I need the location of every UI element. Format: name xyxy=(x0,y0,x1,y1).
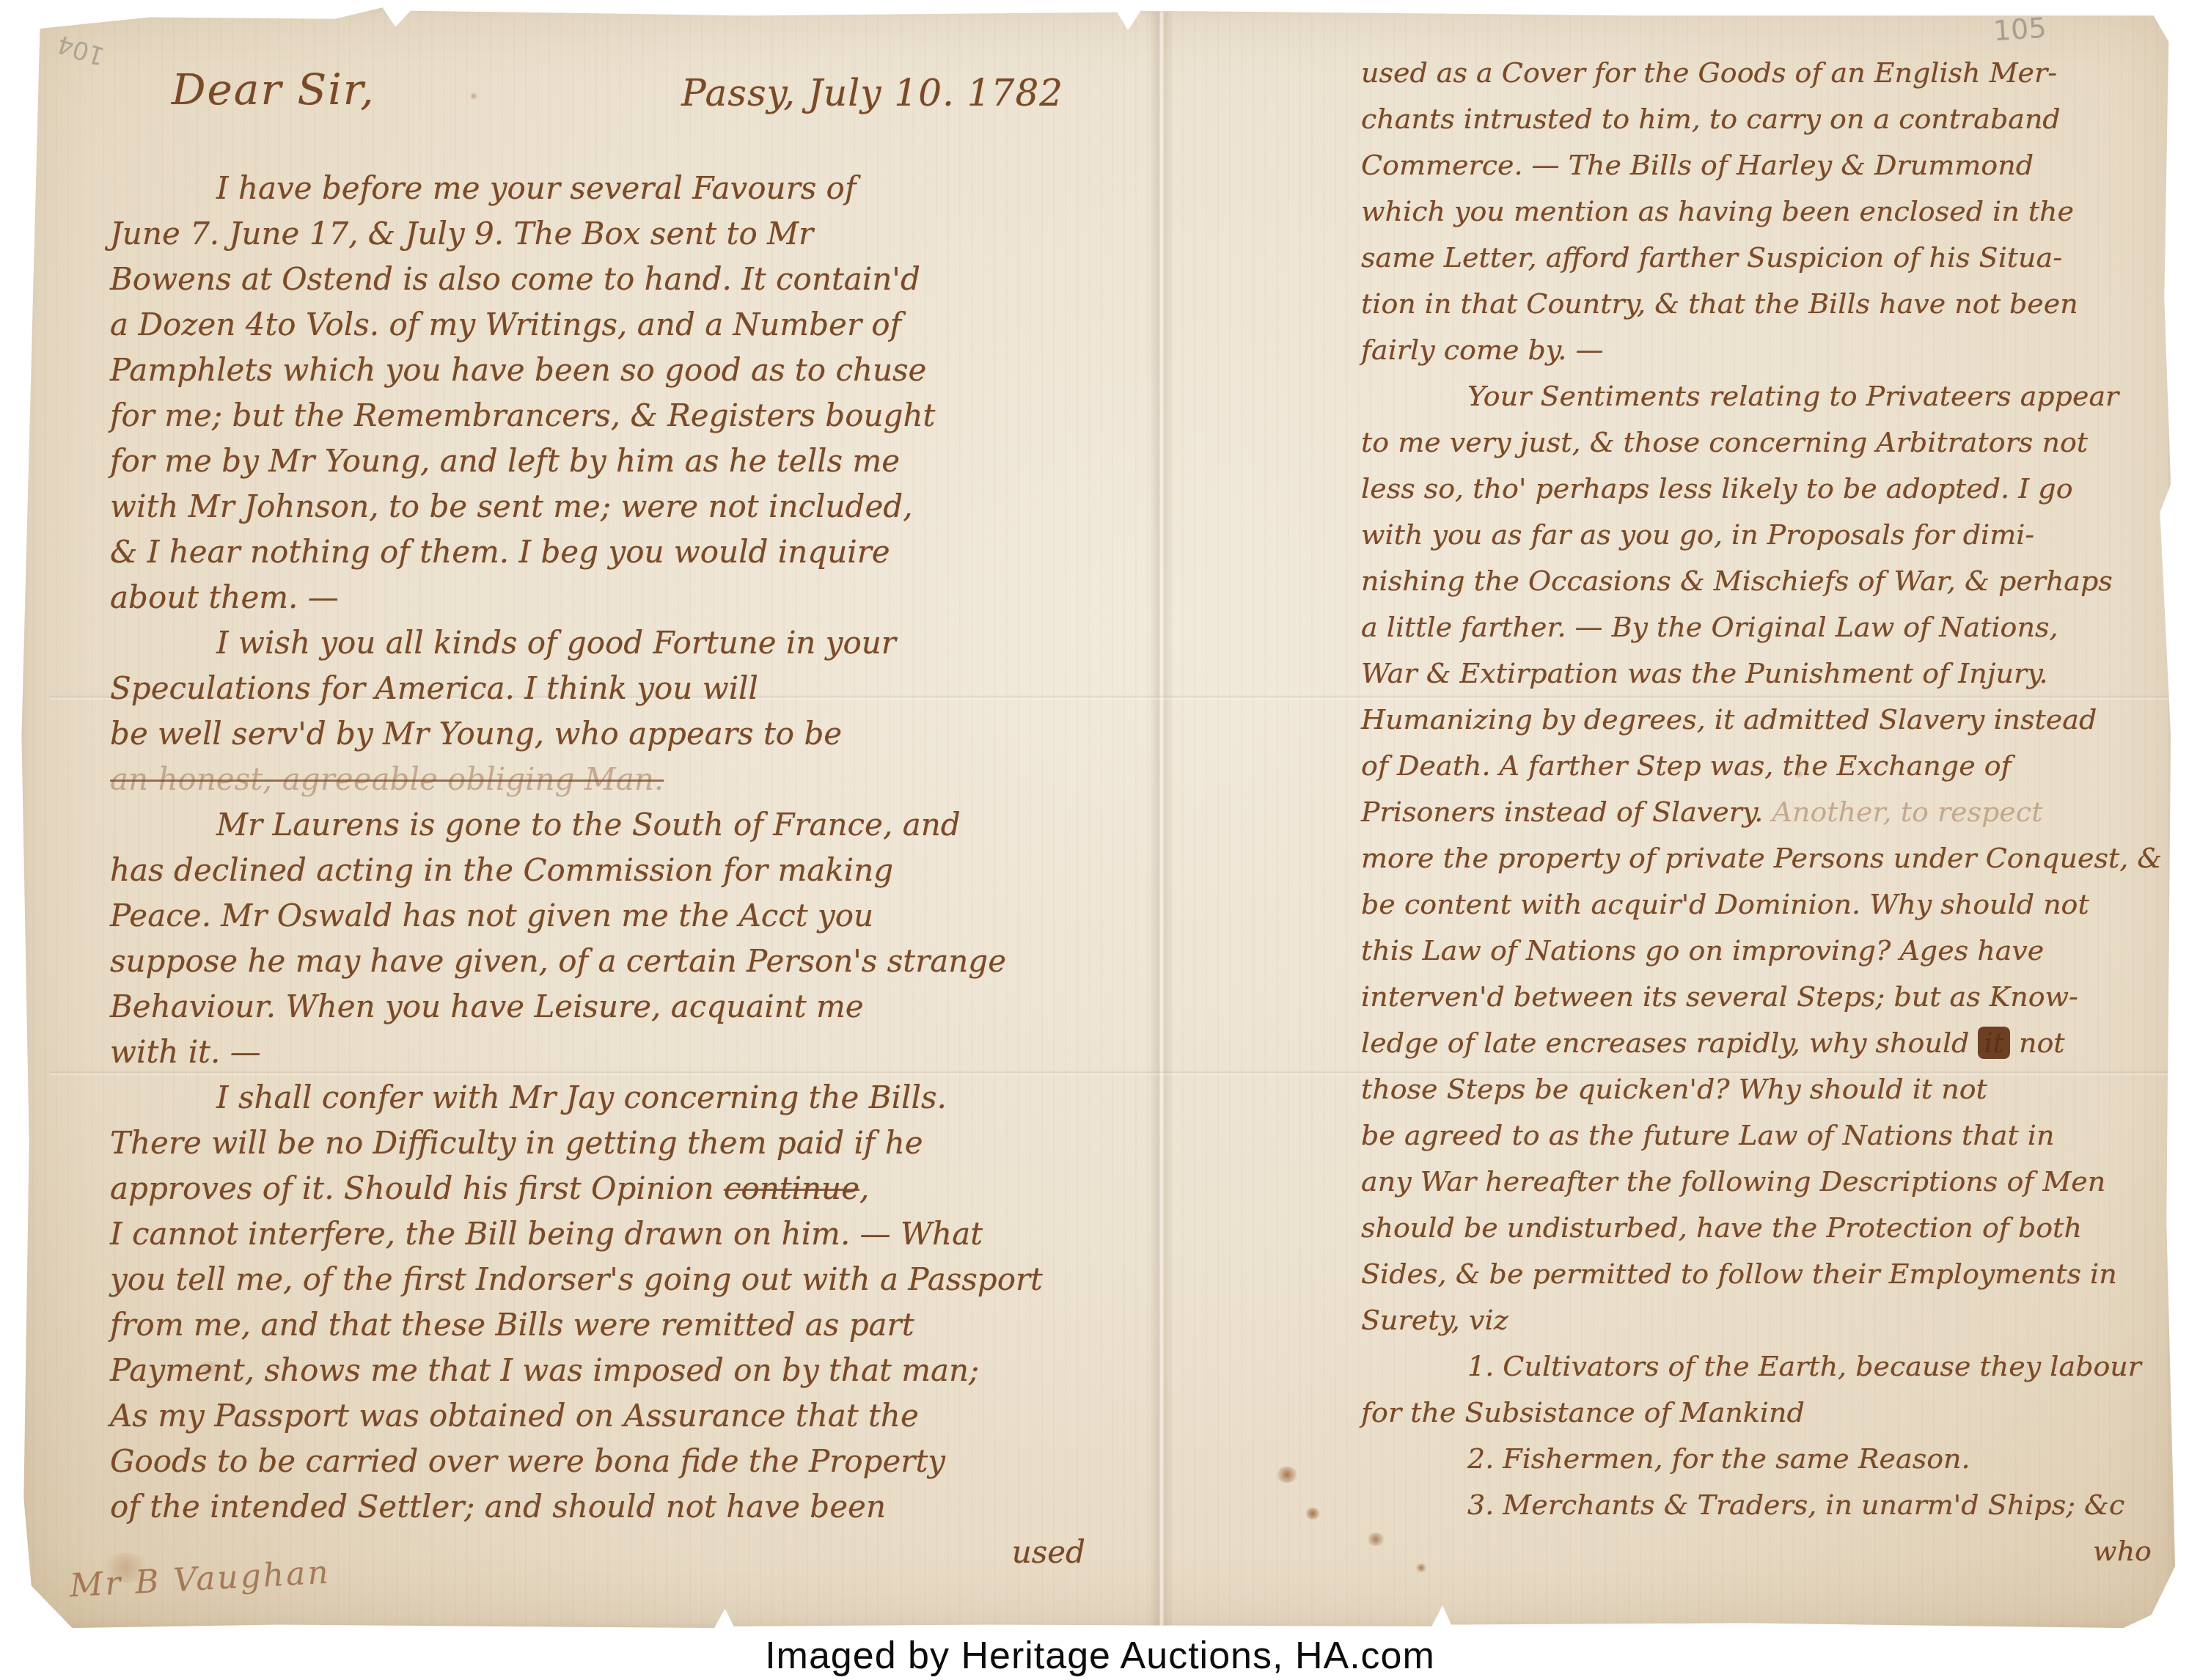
manuscript-text: Your Sentiments relating to Privateers a… xyxy=(1467,380,2119,412)
manuscript-text: used as a Cover for the Goods of an Engl… xyxy=(1361,56,2057,89)
manuscript-line: from me, and that these Bills were remit… xyxy=(110,1302,1115,1348)
manuscript-line: 2. Fishermen, for the same Reason. xyxy=(1361,1436,2181,1482)
manuscript-line: with it. — xyxy=(110,1030,1115,1075)
manuscript-text: with Mr Johnson, to be sent me; were not… xyxy=(110,488,913,524)
manuscript-line: Your Sentiments relating to Privateers a… xyxy=(1361,373,2181,419)
manuscript-line: Payment, shows me that I was imposed on … xyxy=(110,1348,1115,1393)
manuscript-text: suppose he may have given, of a certain … xyxy=(110,943,1006,979)
manuscript-line: As my Passport was obtained on Assurance… xyxy=(110,1393,1115,1439)
manuscript-text: for me by Mr Young, and left by him as h… xyxy=(110,443,900,479)
manuscript-line: same Letter, afford farther Suspicion of… xyxy=(1361,235,2181,281)
manuscript-text: be well serv'd by Mr Young, who appears … xyxy=(110,716,842,752)
manuscript-line: of the intended Settler; and should not … xyxy=(110,1484,1115,1530)
manuscript-line: Behaviour. When you have Leisure, acquai… xyxy=(110,984,1115,1030)
manuscript-text: Peace. Mr Oswald has not given me the Ac… xyxy=(110,898,873,933)
manuscript-text: less so, tho' perhaps less likely to be … xyxy=(1361,472,2073,505)
salutation: Dear Sir, xyxy=(172,65,375,114)
manuscript-text: which you mention as having been enclose… xyxy=(1361,195,2074,227)
manuscript-line: with Mr Johnson, to be sent me; were not… xyxy=(110,484,1115,529)
manuscript-line: any War hereafter the following Descript… xyxy=(1361,1159,2181,1205)
manuscript-text: for me; but the Remembrancers, & Registe… xyxy=(110,397,935,433)
manuscript-line: be well serv'd by Mr Young, who appears … xyxy=(110,711,1115,757)
manuscript-line: I shall confer with Mr Jay concerning th… xyxy=(110,1075,1115,1120)
manuscript-text: War & Extirpation was the Punishment of … xyxy=(1361,657,2048,689)
manuscript-text: As my Passport was obtained on Assurance… xyxy=(110,1398,919,1434)
manuscript-text: I cannot interfere, the Bill being drawn… xyxy=(110,1216,983,1252)
manuscript-line: nishing the Occasions & Mischiefs of War… xyxy=(1361,558,2181,604)
manuscript-line: more the property of private Persons und… xyxy=(1361,835,2181,881)
manuscript-text: interven'd between its several Steps; bu… xyxy=(1361,980,2078,1013)
manuscript-line: of Death. A farther Step was, the Exchan… xyxy=(1361,743,2181,789)
scanned-letter-photo: { "document": { "salutation": "Dear Sir,… xyxy=(0,0,2200,1680)
manuscript-line: War & Extirpation was the Punishment of … xyxy=(1361,650,2181,697)
manuscript-text: same Letter, afford farther Suspicion of… xyxy=(1361,241,2062,274)
manuscript-text: Prisoners instead of Slavery. xyxy=(1361,796,1772,828)
manuscript-line: Mr Laurens is gone to the South of Franc… xyxy=(110,802,1115,848)
manuscript-line: those Steps be quicken'd? Why should it … xyxy=(1361,1066,2181,1112)
manuscript-text: I wish you all kinds of good Fortune in … xyxy=(216,625,896,661)
manuscript-text: used xyxy=(1012,1534,1085,1570)
manuscript-text: tion in that Country, & that the Bills h… xyxy=(1361,287,2078,320)
manuscript-text: , xyxy=(859,1170,869,1206)
manuscript-text: Goods to be carried over were bona fide … xyxy=(110,1443,945,1479)
manuscript-line: for me; but the Remembrancers, & Registe… xyxy=(110,393,1115,439)
manuscript-line: used as a Cover for the Goods of an Engl… xyxy=(1361,50,2181,96)
manuscript-line: to me very just, & those concerning Arbi… xyxy=(1361,419,2181,466)
manuscript-text: about them. — xyxy=(110,579,339,615)
catchword: who xyxy=(1361,1528,2181,1574)
manuscript-text: be content with acquir'd Dominion. Why s… xyxy=(1361,888,2089,920)
manuscript-text: should be undisturbed, have the Protecti… xyxy=(1361,1211,2082,1244)
manuscript-text: fairly come by. — xyxy=(1361,334,1603,366)
manuscript-line: should be undisturbed, have the Protecti… xyxy=(1361,1205,2181,1251)
manuscript-line: with you as far as you go, in Proposals … xyxy=(1361,512,2181,558)
manuscript-text: nishing the Occasions & Mischiefs of War… xyxy=(1361,565,2113,597)
manuscript-text: Surety, viz xyxy=(1361,1304,1508,1336)
manuscript-text: I have before me your several Favours of xyxy=(216,170,856,206)
manuscript-line: I wish you all kinds of good Fortune in … xyxy=(110,620,1115,666)
manuscript-text: June 7. June 17, & July 9. The Box sent … xyxy=(110,216,813,252)
manuscript-text: 3. Merchants & Traders, in unarm'd Ships… xyxy=(1467,1489,2124,1521)
manuscript-text: Bowens at Ostend is also come to hand. I… xyxy=(110,261,920,297)
manuscript-text: of the intended Settler; and should not … xyxy=(110,1489,886,1525)
letter-page-left: I have before me your several Favours of… xyxy=(110,166,1115,1575)
manuscript-text: not xyxy=(2010,1027,2065,1059)
manuscript-line: There will be no Difficulty in getting t… xyxy=(110,1120,1115,1166)
manuscript-line: Sides, & be permitted to follow their Em… xyxy=(1361,1251,2181,1297)
center-fold-crease xyxy=(1148,12,1173,1634)
manuscript-line: this Law of Nations go on improving? Age… xyxy=(1361,928,2181,974)
manuscript-text: with you as far as you go, in Proposals … xyxy=(1361,518,2034,551)
manuscript-line: a Dozen 4to Vols. of my Writings, and a … xyxy=(110,302,1115,348)
manuscript-line: a little farther. — By the Original Law … xyxy=(1361,604,2181,650)
manuscript-text: a Dozen 4to Vols. of my Writings, and a … xyxy=(110,307,901,342)
manuscript-text: of Death. A farther Step was, the Exchan… xyxy=(1361,749,2012,782)
manuscript-text: continue xyxy=(724,1170,859,1206)
manuscript-text: from me, and that these Bills were remit… xyxy=(110,1307,914,1343)
manuscript-line: I cannot interfere, the Bill being drawn… xyxy=(110,1211,1115,1257)
manuscript-line: tion in that Country, & that the Bills h… xyxy=(1361,281,2181,327)
manuscript-line: for me by Mr Young, and left by him as h… xyxy=(110,439,1115,484)
manuscript-text: Behaviour. When you have Leisure, acquai… xyxy=(110,988,864,1024)
manuscript-text: it xyxy=(1978,1027,2009,1059)
manuscript-text: those Steps be quicken'd? Why should it … xyxy=(1361,1073,1987,1105)
manuscript-line: less so, tho' perhaps less likely to be … xyxy=(1361,466,2181,512)
manuscript-text: Sides, & be permitted to follow their Em… xyxy=(1361,1258,2117,1290)
manuscript-text: ledge of late encreases rapidly, why sho… xyxy=(1361,1027,1978,1059)
manuscript-text: Speculations for America. I think you wi… xyxy=(110,670,758,706)
manuscript-text: Another, to respect xyxy=(1772,796,2042,828)
foxing-stain xyxy=(1276,1467,1298,1483)
foxing-stain xyxy=(1305,1508,1320,1519)
manuscript-text: to me very just, & those concerning Arbi… xyxy=(1361,426,2088,458)
manuscript-text: a little farther. — By the Original Law … xyxy=(1361,611,2058,643)
manuscript-line: Speculations for America. I think you wi… xyxy=(110,666,1115,711)
manuscript-line: interven'd between its several Steps; bu… xyxy=(1361,974,2181,1020)
manuscript-text: has declined acting in the Commission fo… xyxy=(110,852,893,888)
manuscript-line: Surety, viz xyxy=(1361,1297,2181,1343)
manuscript-line: 1. Cultivators of the Earth, because the… xyxy=(1361,1343,2181,1390)
manuscript-line: I have before me your several Favours of xyxy=(110,166,1115,211)
manuscript-line: which you mention as having been enclose… xyxy=(1361,188,2181,235)
manuscript-line: June 7. June 17, & July 9. The Box sent … xyxy=(110,211,1115,257)
place-date-line: Passy, July 10. 1782 xyxy=(681,72,1063,114)
manuscript-line: chants intrusted to him, to carry on a c… xyxy=(1361,96,2181,142)
image-credit-bar: Imaged by Heritage Auctions, HA.com xyxy=(0,1632,2200,1680)
manuscript-text: more the property of private Persons und… xyxy=(1361,842,2162,874)
manuscript-text: chants intrusted to him, to carry on a c… xyxy=(1361,103,2061,135)
manuscript-text: 2. Fishermen, for the same Reason. xyxy=(1467,1442,1970,1475)
manuscript-line: approves of it. Should his first Opinion… xyxy=(110,1166,1115,1211)
manuscript-line: Peace. Mr Oswald has not given me the Ac… xyxy=(110,893,1115,939)
manuscript-text: Pamphlets which you have been so good as… xyxy=(110,352,926,388)
manuscript-text: who xyxy=(2093,1535,2152,1567)
manuscript-text: this Law of Nations go on improving? Age… xyxy=(1361,934,2044,966)
manuscript-text: Payment, shows me that I was imposed on … xyxy=(110,1352,979,1388)
manuscript-line: about them. — xyxy=(110,575,1115,620)
manuscript-line: for the Subsistance of Mankind xyxy=(1361,1390,2181,1436)
manuscript-text: & I hear nothing of them. I beg you woul… xyxy=(110,534,890,570)
manuscript-line: fairly come by. — xyxy=(1361,327,2181,373)
manuscript-line: Bowens at Ostend is also come to hand. I… xyxy=(110,257,1115,302)
manuscript-line: you tell me, of the first Indorser's goi… xyxy=(110,1257,1115,1302)
manuscript-text: Mr Laurens is gone to the South of Franc… xyxy=(216,807,961,843)
manuscript-line: suppose he may have given, of a certain … xyxy=(110,939,1115,984)
manuscript-line: be content with acquir'd Dominion. Why s… xyxy=(1361,881,2181,928)
manuscript-text: 1. Cultivators of the Earth, because the… xyxy=(1467,1350,2141,1382)
manuscript-line: 3. Merchants & Traders, in unarm'd Ships… xyxy=(1361,1482,2181,1528)
manuscript-line: Humanizing by degrees, it admitted Slave… xyxy=(1361,697,2181,743)
manuscript-text: an honest, agreeable obliging Man. xyxy=(110,761,664,797)
manuscript-line: be agreed to as the future Law of Nation… xyxy=(1361,1112,2181,1159)
manuscript-line: Pamphlets which you have been so good as… xyxy=(110,348,1115,393)
image-credit-text: Imaged by Heritage Auctions, HA.com xyxy=(765,1634,1435,1678)
manuscript-line: an honest, agreeable obliging Man. xyxy=(110,757,1115,802)
manuscript-line: has declined acting in the Commission fo… xyxy=(110,848,1115,893)
manuscript-text: you tell me, of the first Indorser's goi… xyxy=(110,1261,1043,1297)
manuscript-text: any War hereafter the following Descript… xyxy=(1361,1165,2105,1197)
manuscript-text: with it. — xyxy=(110,1034,261,1070)
manuscript-line: Prisoners instead of Slavery. Another, t… xyxy=(1361,789,2181,835)
letter-page-right: used as a Cover for the Goods of an Engl… xyxy=(1361,50,2181,1574)
manuscript-text: I shall confer with Mr Jay concerning th… xyxy=(216,1079,947,1115)
manuscript-line: ledge of late encreases rapidly, why sho… xyxy=(1361,1020,2181,1066)
manuscript-text: There will be no Difficulty in getting t… xyxy=(110,1125,923,1161)
manuscript-line: Goods to be carried over were bona fide … xyxy=(110,1439,1115,1484)
manuscript-line: Commerce. — The Bills of Harley & Drummo… xyxy=(1361,142,2181,188)
manuscript-text: for the Subsistance of Mankind xyxy=(1361,1396,1805,1428)
manuscript-text: be agreed to as the future Law of Nation… xyxy=(1361,1119,2054,1151)
manuscript-text: Commerce. — The Bills of Harley & Drummo… xyxy=(1361,149,2034,181)
manuscript-line: & I hear nothing of them. I beg you woul… xyxy=(110,529,1115,575)
letter-header: Dear Sir, Passy, July 10. 1782 xyxy=(110,65,1115,114)
manuscript-text: Humanizing by degrees, it admitted Slave… xyxy=(1361,703,2097,736)
manuscript-text: approves of it. Should his first Opinion xyxy=(110,1170,724,1206)
pencil-folio-number-top-right: 105 xyxy=(1992,12,2047,48)
